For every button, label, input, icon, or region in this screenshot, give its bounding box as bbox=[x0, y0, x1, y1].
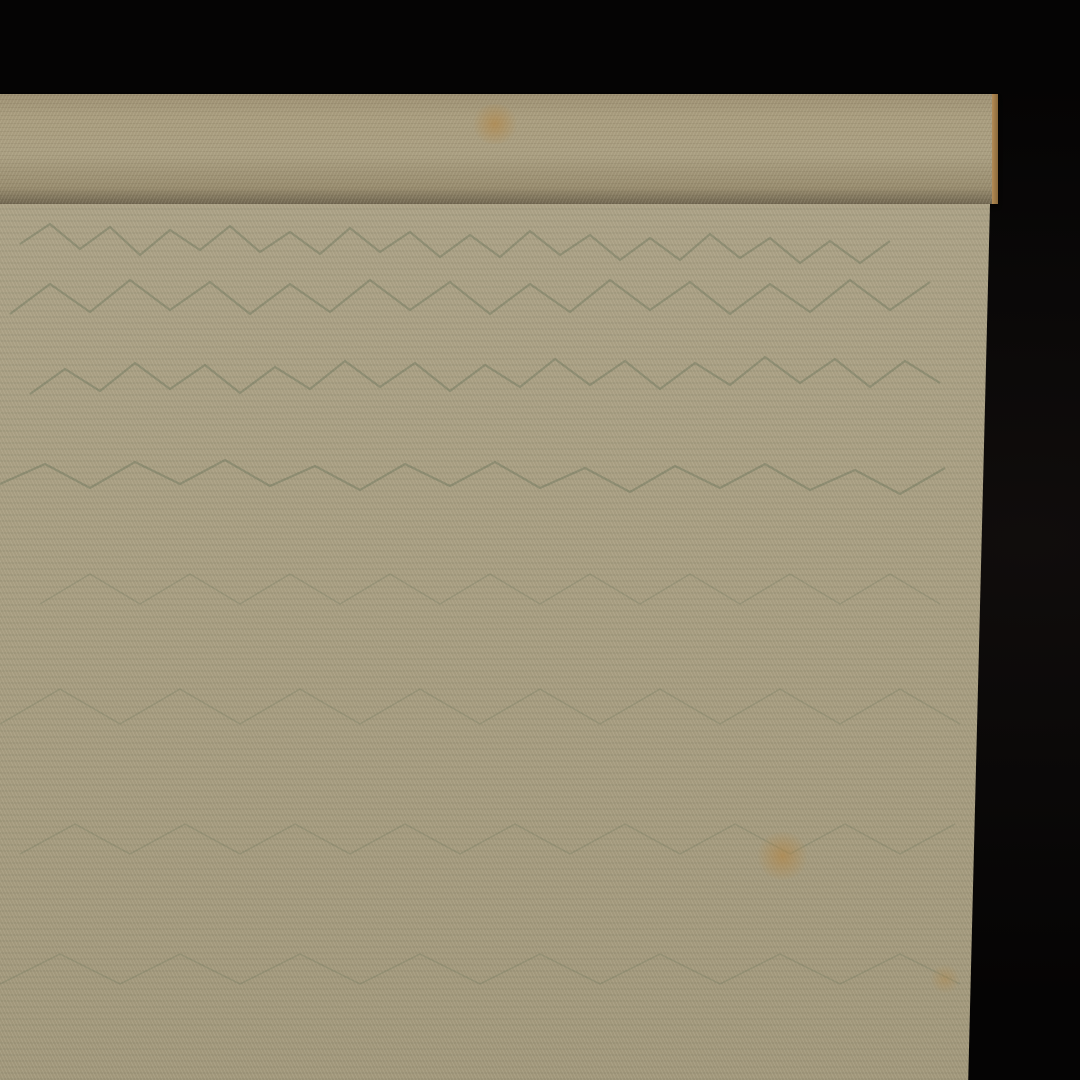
fabric-panel bbox=[0, 204, 990, 1080]
stain-mark bbox=[755, 832, 810, 880]
stain-mark bbox=[930, 964, 960, 994]
woven-pattern bbox=[0, 204, 990, 1080]
rod-end-edge bbox=[992, 94, 998, 204]
scroll-top-rod bbox=[0, 94, 998, 204]
hanging-scroll bbox=[0, 0, 1080, 1080]
stain-mark bbox=[470, 104, 520, 144]
